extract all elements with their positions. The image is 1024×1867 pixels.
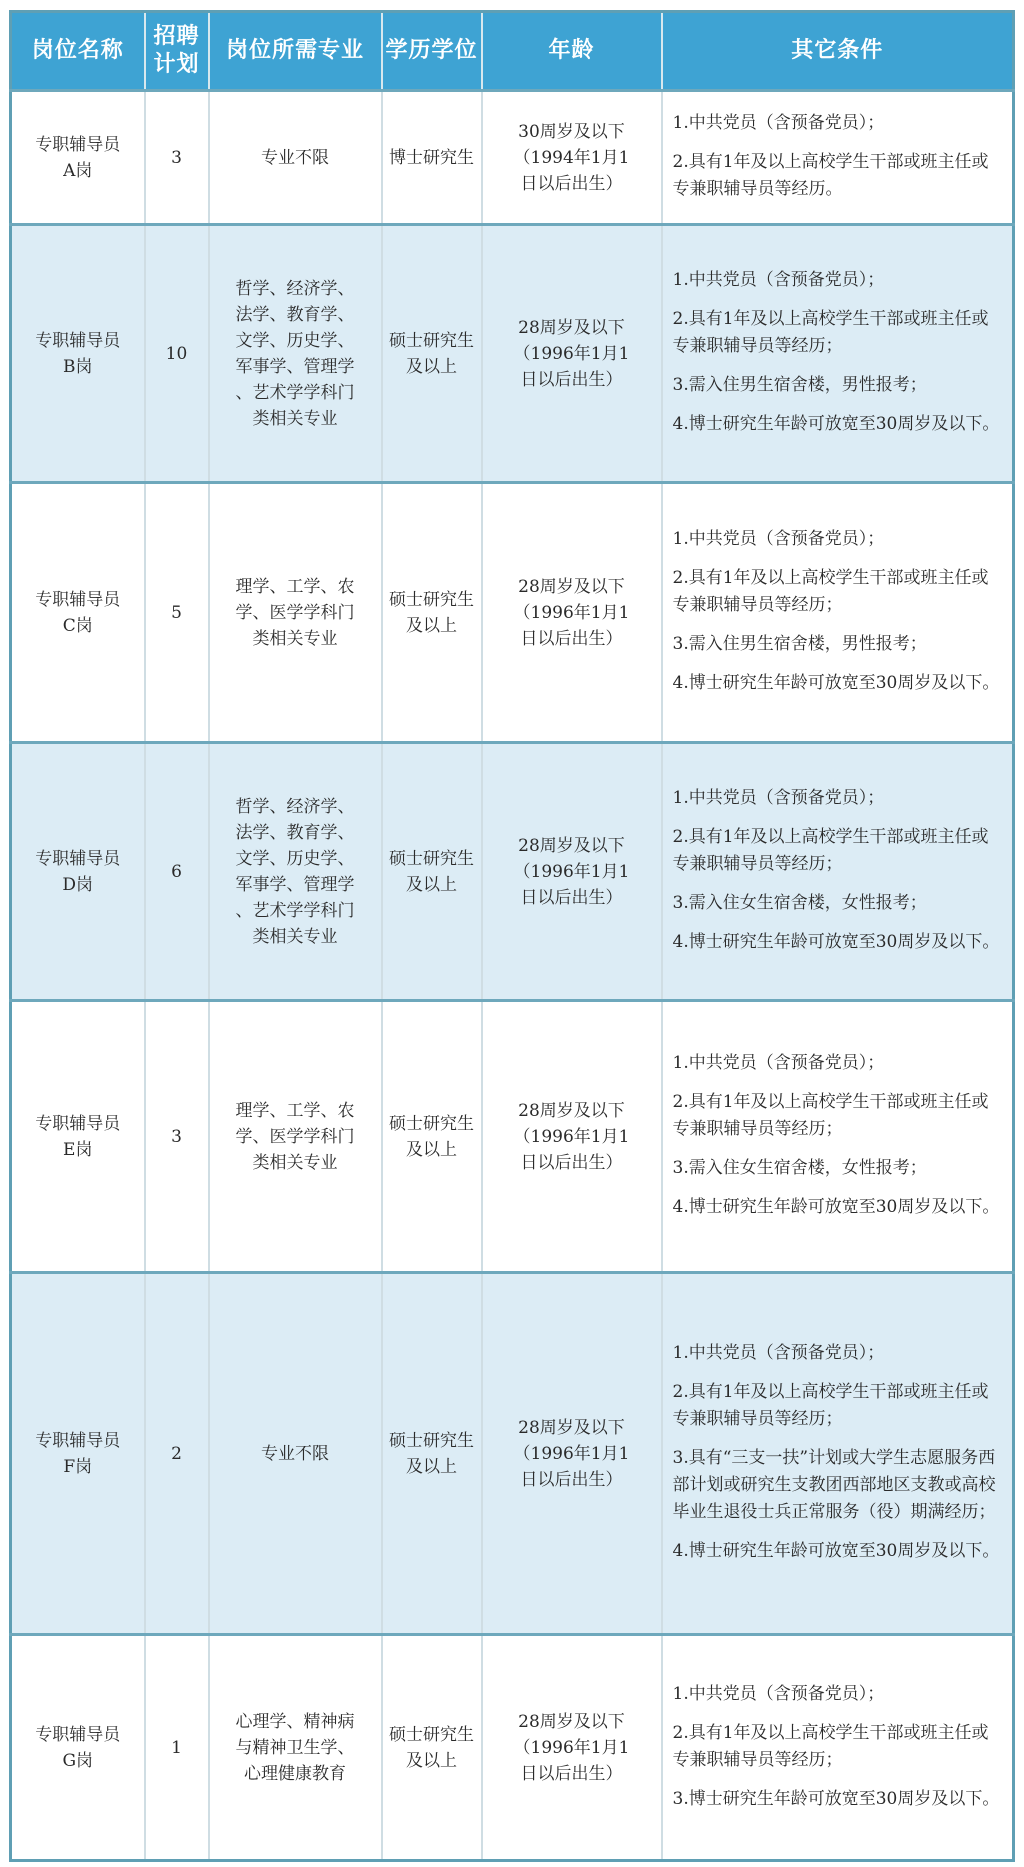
degree-cell: 硕士研究生 及以上: [382, 1001, 482, 1273]
age-cell: 28周岁及以下 （1996年1月1 日以后出生）: [482, 1635, 662, 1861]
plan-count: 3: [145, 1001, 209, 1273]
conditions-cell: 1.中共党员（含预备党员）； 2.具有1年及以上高校学生干部或班主任或专兼职辅导…: [662, 1635, 1014, 1861]
age-line: 日以后出生）: [487, 1761, 657, 1787]
condition-item: 4.博士研究生年龄可放宽至30周岁及以下。: [673, 1194, 1005, 1221]
header-plan-line1: 招聘: [153, 24, 199, 49]
degree-cell: 硕士研究生 及以上: [382, 225, 482, 483]
major-line: 心理学、精神病: [214, 1709, 377, 1735]
major-cell: 专业不限: [209, 91, 382, 225]
header-major: 岗位所需专业: [209, 12, 382, 91]
degree-cell: 硕士研究生 及以上: [382, 743, 482, 1001]
age-line: （1994年1月1: [487, 145, 657, 171]
table-row: 专职辅导员 F岗 2 专业不限 硕士研究生 及以上 28周岁及以下 （1996年…: [11, 1273, 1014, 1635]
degree-line: 硕士研究生: [387, 846, 477, 872]
condition-item: 1.中共党员（含预备党员）；: [673, 1681, 1005, 1708]
recruitment-table-container: 岗位名称 招聘 计划 岗位所需专业 学历学位 年龄 其它条件 专职辅导员 A岗 …: [9, 10, 1012, 1862]
major-line: 类相关专业: [214, 924, 377, 950]
age-line: 28周岁及以下: [487, 1098, 657, 1124]
major-cell: 哲学、经济学、 法学、教育学、 文学、历史学、 军事学、管理学 、艺术学学科门 …: [209, 743, 382, 1001]
degree-line: 及以上: [387, 1454, 477, 1480]
degree-line: 硕士研究生: [387, 328, 477, 354]
age-line: 日以后出生）: [487, 626, 657, 652]
position-name: 专职辅导员: [16, 846, 140, 872]
position-name-cell: 专职辅导员 D岗: [11, 743, 145, 1001]
degree-cell: 硕士研究生 及以上: [382, 483, 482, 743]
header-age: 年龄: [482, 12, 662, 91]
major-line: 理学、工学、农: [214, 1098, 377, 1124]
condition-item: 1.中共党员（含预备党员）；: [673, 267, 1005, 294]
major-line: 、艺术学学科门: [214, 380, 377, 406]
table-body: 专职辅导员 A岗 3 专业不限 博士研究生 30周岁及以下 （1994年1月1 …: [11, 91, 1014, 1861]
age-line: 日以后出生）: [487, 1467, 657, 1493]
degree-cell: 博士研究生: [382, 91, 482, 225]
condition-item: 3.需入住男生宿舍楼，男性报考；: [673, 631, 1005, 658]
condition-item: 2.具有1年及以上高校学生干部或班主任或专兼职辅导员等经历；: [673, 565, 1005, 619]
major-line: 文学、历史学、: [214, 846, 377, 872]
table-row: 专职辅导员 E岗 3 理学、工学、农 学、医学学科门 类相关专业 硕士研究生 及…: [11, 1001, 1014, 1273]
age-line: 日以后出生）: [487, 367, 657, 393]
condition-item: 3.需入住女生宿舍楼，女性报考；: [673, 890, 1005, 917]
condition-item: 3.博士研究生年龄可放宽至30周岁及以下。: [673, 1786, 1005, 1813]
position-code: B岗: [16, 354, 140, 380]
condition-item: 2.具有1年及以上高校学生干部或班主任或专兼职辅导员等经历。: [673, 149, 1005, 203]
recruitment-table: 岗位名称 招聘 计划 岗位所需专业 学历学位 年龄 其它条件 专职辅导员 A岗 …: [9, 10, 1015, 1862]
condition-item: 1.中共党员（含预备党员）；: [673, 1050, 1005, 1077]
position-name-cell: 专职辅导员 E岗: [11, 1001, 145, 1273]
major-line: 理学、工学、农: [214, 574, 377, 600]
major-line: 类相关专业: [214, 1150, 377, 1176]
table-row: 专职辅导员 C岗 5 理学、工学、农 学、医学学科门 类相关专业 硕士研究生 及…: [11, 483, 1014, 743]
position-code: D岗: [16, 872, 140, 898]
conditions-cell: 1.中共党员（含预备党员）； 2.具有1年及以上高校学生干部或班主任或专兼职辅导…: [662, 743, 1014, 1001]
age-cell: 28周岁及以下 （1996年1月1 日以后出生）: [482, 1001, 662, 1273]
header-degree: 学历学位: [382, 12, 482, 91]
condition-item: 2.具有1年及以上高校学生干部或班主任或专兼职辅导员等经历；: [673, 1089, 1005, 1143]
degree-cell: 硕士研究生 及以上: [382, 1635, 482, 1861]
position-name: 专职辅导员: [16, 1111, 140, 1137]
major-line: 文学、历史学、: [214, 328, 377, 354]
condition-item: 3.具有“三支一扶”计划或大学生志愿服务西部计划或研究生支教团西部地区支教或高校…: [673, 1445, 1005, 1526]
plan-count: 1: [145, 1635, 209, 1861]
position-name: 专职辅导员: [16, 1428, 140, 1454]
major-line: 心理健康教育: [214, 1761, 377, 1787]
major-cell: 哲学、经济学、 法学、教育学、 文学、历史学、 军事学、管理学 、艺术学学科门 …: [209, 225, 382, 483]
table-row: 专职辅导员 G岗 1 心理学、精神病 与精神卫生学、 心理健康教育 硕士研究生 …: [11, 1635, 1014, 1861]
plan-count: 6: [145, 743, 209, 1001]
position-name-cell: 专职辅导员 F岗: [11, 1273, 145, 1635]
age-line: 30周岁及以下: [487, 119, 657, 145]
degree-line: 及以上: [387, 1748, 477, 1774]
table-row: 专职辅导员 D岗 6 哲学、经济学、 法学、教育学、 文学、历史学、 军事学、管…: [11, 743, 1014, 1001]
major-line: 类相关专业: [214, 626, 377, 652]
major-line: 学、医学学科门: [214, 1124, 377, 1150]
major-line: 军事学、管理学: [214, 872, 377, 898]
major-line: 专业不限: [214, 1441, 377, 1467]
header-position-name: 岗位名称: [11, 12, 145, 91]
age-line: 28周岁及以下: [487, 1709, 657, 1735]
age-line: 28周岁及以下: [487, 833, 657, 859]
table-row: 专职辅导员 B岗 10 哲学、经济学、 法学、教育学、 文学、历史学、 军事学、…: [11, 225, 1014, 483]
condition-item: 2.具有1年及以上高校学生干部或班主任或专兼职辅导员等经历；: [673, 1379, 1005, 1433]
position-name-cell: 专职辅导员 C岗: [11, 483, 145, 743]
age-cell: 28周岁及以下 （1996年1月1 日以后出生）: [482, 483, 662, 743]
condition-item: 3.需入住男生宿舍楼，男性报考；: [673, 372, 1005, 399]
age-line: （1996年1月1: [487, 859, 657, 885]
age-line: （1996年1月1: [487, 1124, 657, 1150]
major-line: 哲学、经济学、: [214, 276, 377, 302]
age-line: 28周岁及以下: [487, 1415, 657, 1441]
degree-line: 及以上: [387, 354, 477, 380]
position-code: A岗: [16, 158, 140, 184]
degree-line: 硕士研究生: [387, 1111, 477, 1137]
plan-count: 2: [145, 1273, 209, 1635]
age-line: 日以后出生）: [487, 171, 657, 197]
condition-item: 4.博士研究生年龄可放宽至30周岁及以下。: [673, 1538, 1005, 1565]
degree-line: 博士研究生: [387, 145, 477, 171]
condition-item: 2.具有1年及以上高校学生干部或班主任或专兼职辅导员等经历；: [673, 824, 1005, 878]
position-code: G岗: [16, 1748, 140, 1774]
major-line: 、艺术学学科门: [214, 898, 377, 924]
degree-line: 及以上: [387, 872, 477, 898]
age-line: （1996年1月1: [487, 1735, 657, 1761]
major-cell: 理学、工学、农 学、医学学科门 类相关专业: [209, 483, 382, 743]
position-name: 专职辅导员: [16, 587, 140, 613]
major-cell: 理学、工学、农 学、医学学科门 类相关专业: [209, 1001, 382, 1273]
plan-count: 5: [145, 483, 209, 743]
condition-item: 4.博士研究生年龄可放宽至30周岁及以下。: [673, 411, 1005, 438]
major-cell: 专业不限: [209, 1273, 382, 1635]
major-line: 专业不限: [214, 145, 377, 171]
position-name: 专职辅导员: [16, 328, 140, 354]
age-line: 日以后出生）: [487, 1150, 657, 1176]
conditions-cell: 1.中共党员（含预备党员）； 2.具有1年及以上高校学生干部或班主任或专兼职辅导…: [662, 225, 1014, 483]
age-line: （1996年1月1: [487, 600, 657, 626]
degree-line: 硕士研究生: [387, 1428, 477, 1454]
position-name: 专职辅导员: [16, 132, 140, 158]
age-line: （1996年1月1: [487, 341, 657, 367]
age-line: 28周岁及以下: [487, 574, 657, 600]
degree-line: 硕士研究生: [387, 587, 477, 613]
condition-item: 2.具有1年及以上高校学生干部或班主任或专兼职辅导员等经历；: [673, 1720, 1005, 1774]
conditions-cell: 1.中共党员（含预备党员）； 2.具有1年及以上高校学生干部或班主任或专兼职辅导…: [662, 483, 1014, 743]
major-cell: 心理学、精神病 与精神卫生学、 心理健康教育: [209, 1635, 382, 1861]
header-row: 岗位名称 招聘 计划 岗位所需专业 学历学位 年龄 其它条件: [11, 12, 1014, 91]
conditions-cell: 1.中共党员（含预备党员）； 2.具有1年及以上高校学生干部或班主任或专兼职辅导…: [662, 1001, 1014, 1273]
plan-count: 3: [145, 91, 209, 225]
degree-cell: 硕士研究生 及以上: [382, 1273, 482, 1635]
major-line: 法学、教育学、: [214, 302, 377, 328]
position-name-cell: 专职辅导员 B岗: [11, 225, 145, 483]
major-line: 学、医学学科门: [214, 600, 377, 626]
age-cell: 30周岁及以下 （1994年1月1 日以后出生）: [482, 91, 662, 225]
position-name: 专职辅导员: [16, 1722, 140, 1748]
age-cell: 28周岁及以下 （1996年1月1 日以后出生）: [482, 743, 662, 1001]
table-row: 专职辅导员 A岗 3 专业不限 博士研究生 30周岁及以下 （1994年1月1 …: [11, 91, 1014, 225]
plan-count: 10: [145, 225, 209, 483]
major-line: 类相关专业: [214, 406, 377, 432]
condition-item: 1.中共党员（含预备党员）；: [673, 1340, 1005, 1367]
degree-line: 硕士研究生: [387, 1722, 477, 1748]
degree-line: 及以上: [387, 613, 477, 639]
age-line: 28周岁及以下: [487, 315, 657, 341]
condition-item: 1.中共党员（含预备党员）；: [673, 110, 1005, 137]
degree-line: 及以上: [387, 1137, 477, 1163]
header-plan-line2: 计划: [153, 52, 199, 77]
header-other-conditions: 其它条件: [662, 12, 1014, 91]
condition-item: 1.中共党员（含预备党员）；: [673, 526, 1005, 553]
condition-item: 1.中共党员（含预备党员）；: [673, 785, 1005, 812]
position-name-cell: 专职辅导员 G岗: [11, 1635, 145, 1861]
age-line: 日以后出生）: [487, 885, 657, 911]
position-name-cell: 专职辅导员 A岗: [11, 91, 145, 225]
major-line: 军事学、管理学: [214, 354, 377, 380]
major-line: 哲学、经济学、: [214, 794, 377, 820]
condition-item: 4.博士研究生年龄可放宽至30周岁及以下。: [673, 670, 1005, 697]
age-cell: 28周岁及以下 （1996年1月1 日以后出生）: [482, 1273, 662, 1635]
age-cell: 28周岁及以下 （1996年1月1 日以后出生）: [482, 225, 662, 483]
position-code: F岗: [16, 1454, 140, 1480]
major-line: 与精神卫生学、: [214, 1735, 377, 1761]
major-line: 法学、教育学、: [214, 820, 377, 846]
position-code: E岗: [16, 1137, 140, 1163]
condition-item: 4.博士研究生年龄可放宽至30周岁及以下。: [673, 929, 1005, 956]
age-line: （1996年1月1: [487, 1441, 657, 1467]
conditions-cell: 1.中共党员（含预备党员）； 2.具有1年及以上高校学生干部或班主任或专兼职辅导…: [662, 1273, 1014, 1635]
condition-item: 2.具有1年及以上高校学生干部或班主任或专兼职辅导员等经历；: [673, 306, 1005, 360]
condition-item: 3.需入住女生宿舍楼，女性报考；: [673, 1155, 1005, 1182]
header-plan: 招聘 计划: [145, 12, 209, 91]
conditions-cell: 1.中共党员（含预备党员）； 2.具有1年及以上高校学生干部或班主任或专兼职辅导…: [662, 91, 1014, 225]
position-code: C岗: [16, 613, 140, 639]
